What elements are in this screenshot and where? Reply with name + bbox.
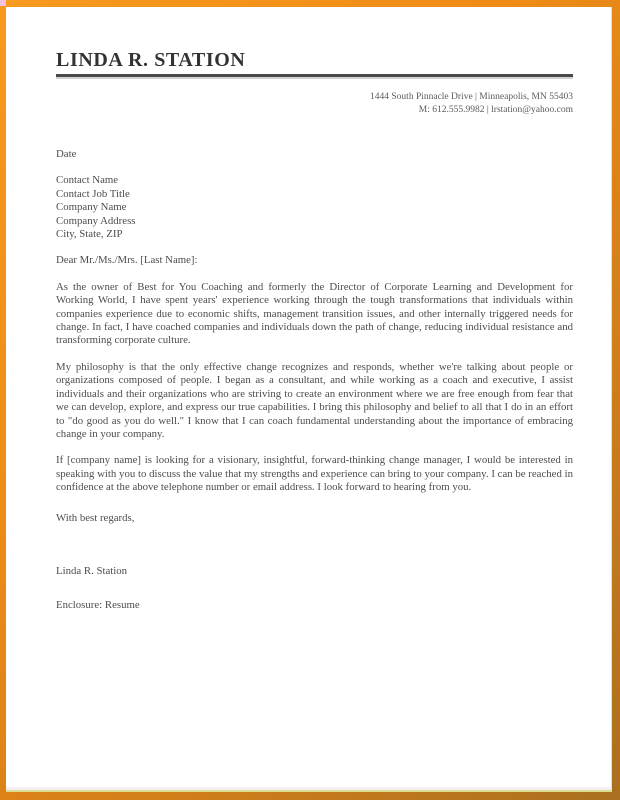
letter-page: LINDA R. STATION 1444 South Pinnacle Dri… <box>6 7 612 790</box>
closing-line: With best regards, <box>56 512 573 525</box>
recipient-company-name: Company Name <box>56 201 573 214</box>
letter-body: Date Contact Name Contact Job Title Comp… <box>56 148 573 613</box>
date-placeholder: Date <box>56 148 573 161</box>
paragraph-1: As the owner of Best for You Coaching an… <box>56 281 573 348</box>
paragraph-2: My philosophy is that the only effective… <box>56 361 573 441</box>
enclosure-line: Enclosure: Resume <box>56 599 573 612</box>
letterhead-address-line: 1444 South Pinnacle Drive | Minneapolis,… <box>56 91 573 104</box>
letterhead-contact-block: 1444 South Pinnacle Drive | Minneapolis,… <box>56 91 573 117</box>
recipient-block: Contact Name Contact Job Title Company N… <box>56 174 573 241</box>
signature-name: Linda R. Station <box>56 565 573 578</box>
scan-corner-artifact <box>0 0 6 6</box>
letterhead-name: LINDA R. STATION <box>56 48 573 72</box>
letterhead-phone-email-line: M: 612.555.9982 | lrstation@yahoo.com <box>56 104 573 117</box>
scan-border-frame: LINDA R. STATION 1444 South Pinnacle Dri… <box>0 0 620 800</box>
letterhead: LINDA R. STATION 1444 South Pinnacle Dri… <box>56 48 573 117</box>
paragraph-3: If [company name] is looking for a visio… <box>56 454 573 494</box>
salutation: Dear Mr./Ms./Mrs. [Last Name]: <box>56 254 573 267</box>
recipient-city-state-zip: City, State, ZIP <box>56 228 573 241</box>
recipient-job-title: Contact Job Title <box>56 188 573 201</box>
recipient-contact-name: Contact Name <box>56 174 573 187</box>
recipient-company-address: Company Address <box>56 215 573 228</box>
letterhead-rule <box>56 74 573 79</box>
